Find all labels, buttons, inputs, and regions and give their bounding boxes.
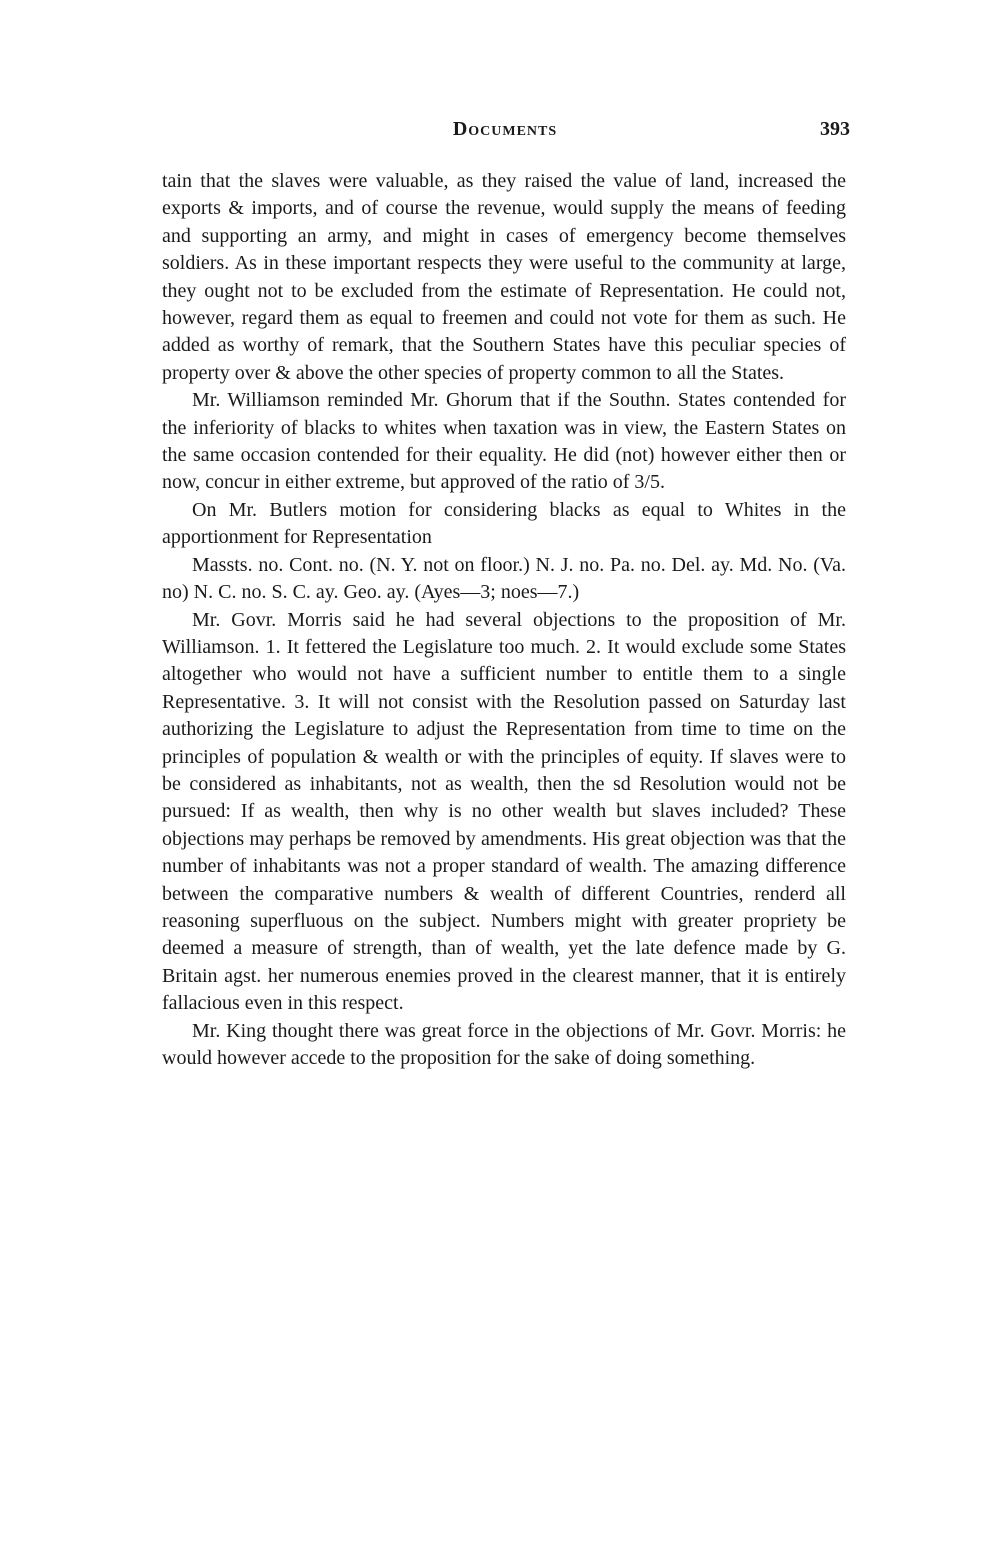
paragraph-continued: tain that the slaves were valuable, as t… (162, 168, 846, 387)
paragraph-butler-motion: On Mr. Butlers motion for considering bl… (162, 497, 846, 552)
page-header: Documents 393 (160, 118, 850, 148)
paragraph-williamson: Mr. Williamson reminded Mr. Ghorum that … (162, 387, 846, 497)
paragraph-morris: Mr. Govr. Morris said he had several obj… (162, 607, 846, 1018)
body-text: tain that the slaves were valuable, as t… (162, 168, 846, 1072)
paragraph-vote: Massts. no. Cont. no. (N. Y. not on floo… (162, 552, 846, 607)
page-number: 393 (820, 118, 850, 141)
running-head: Documents (160, 118, 850, 141)
paragraph-king: Mr. King thought there was great force i… (162, 1018, 846, 1073)
